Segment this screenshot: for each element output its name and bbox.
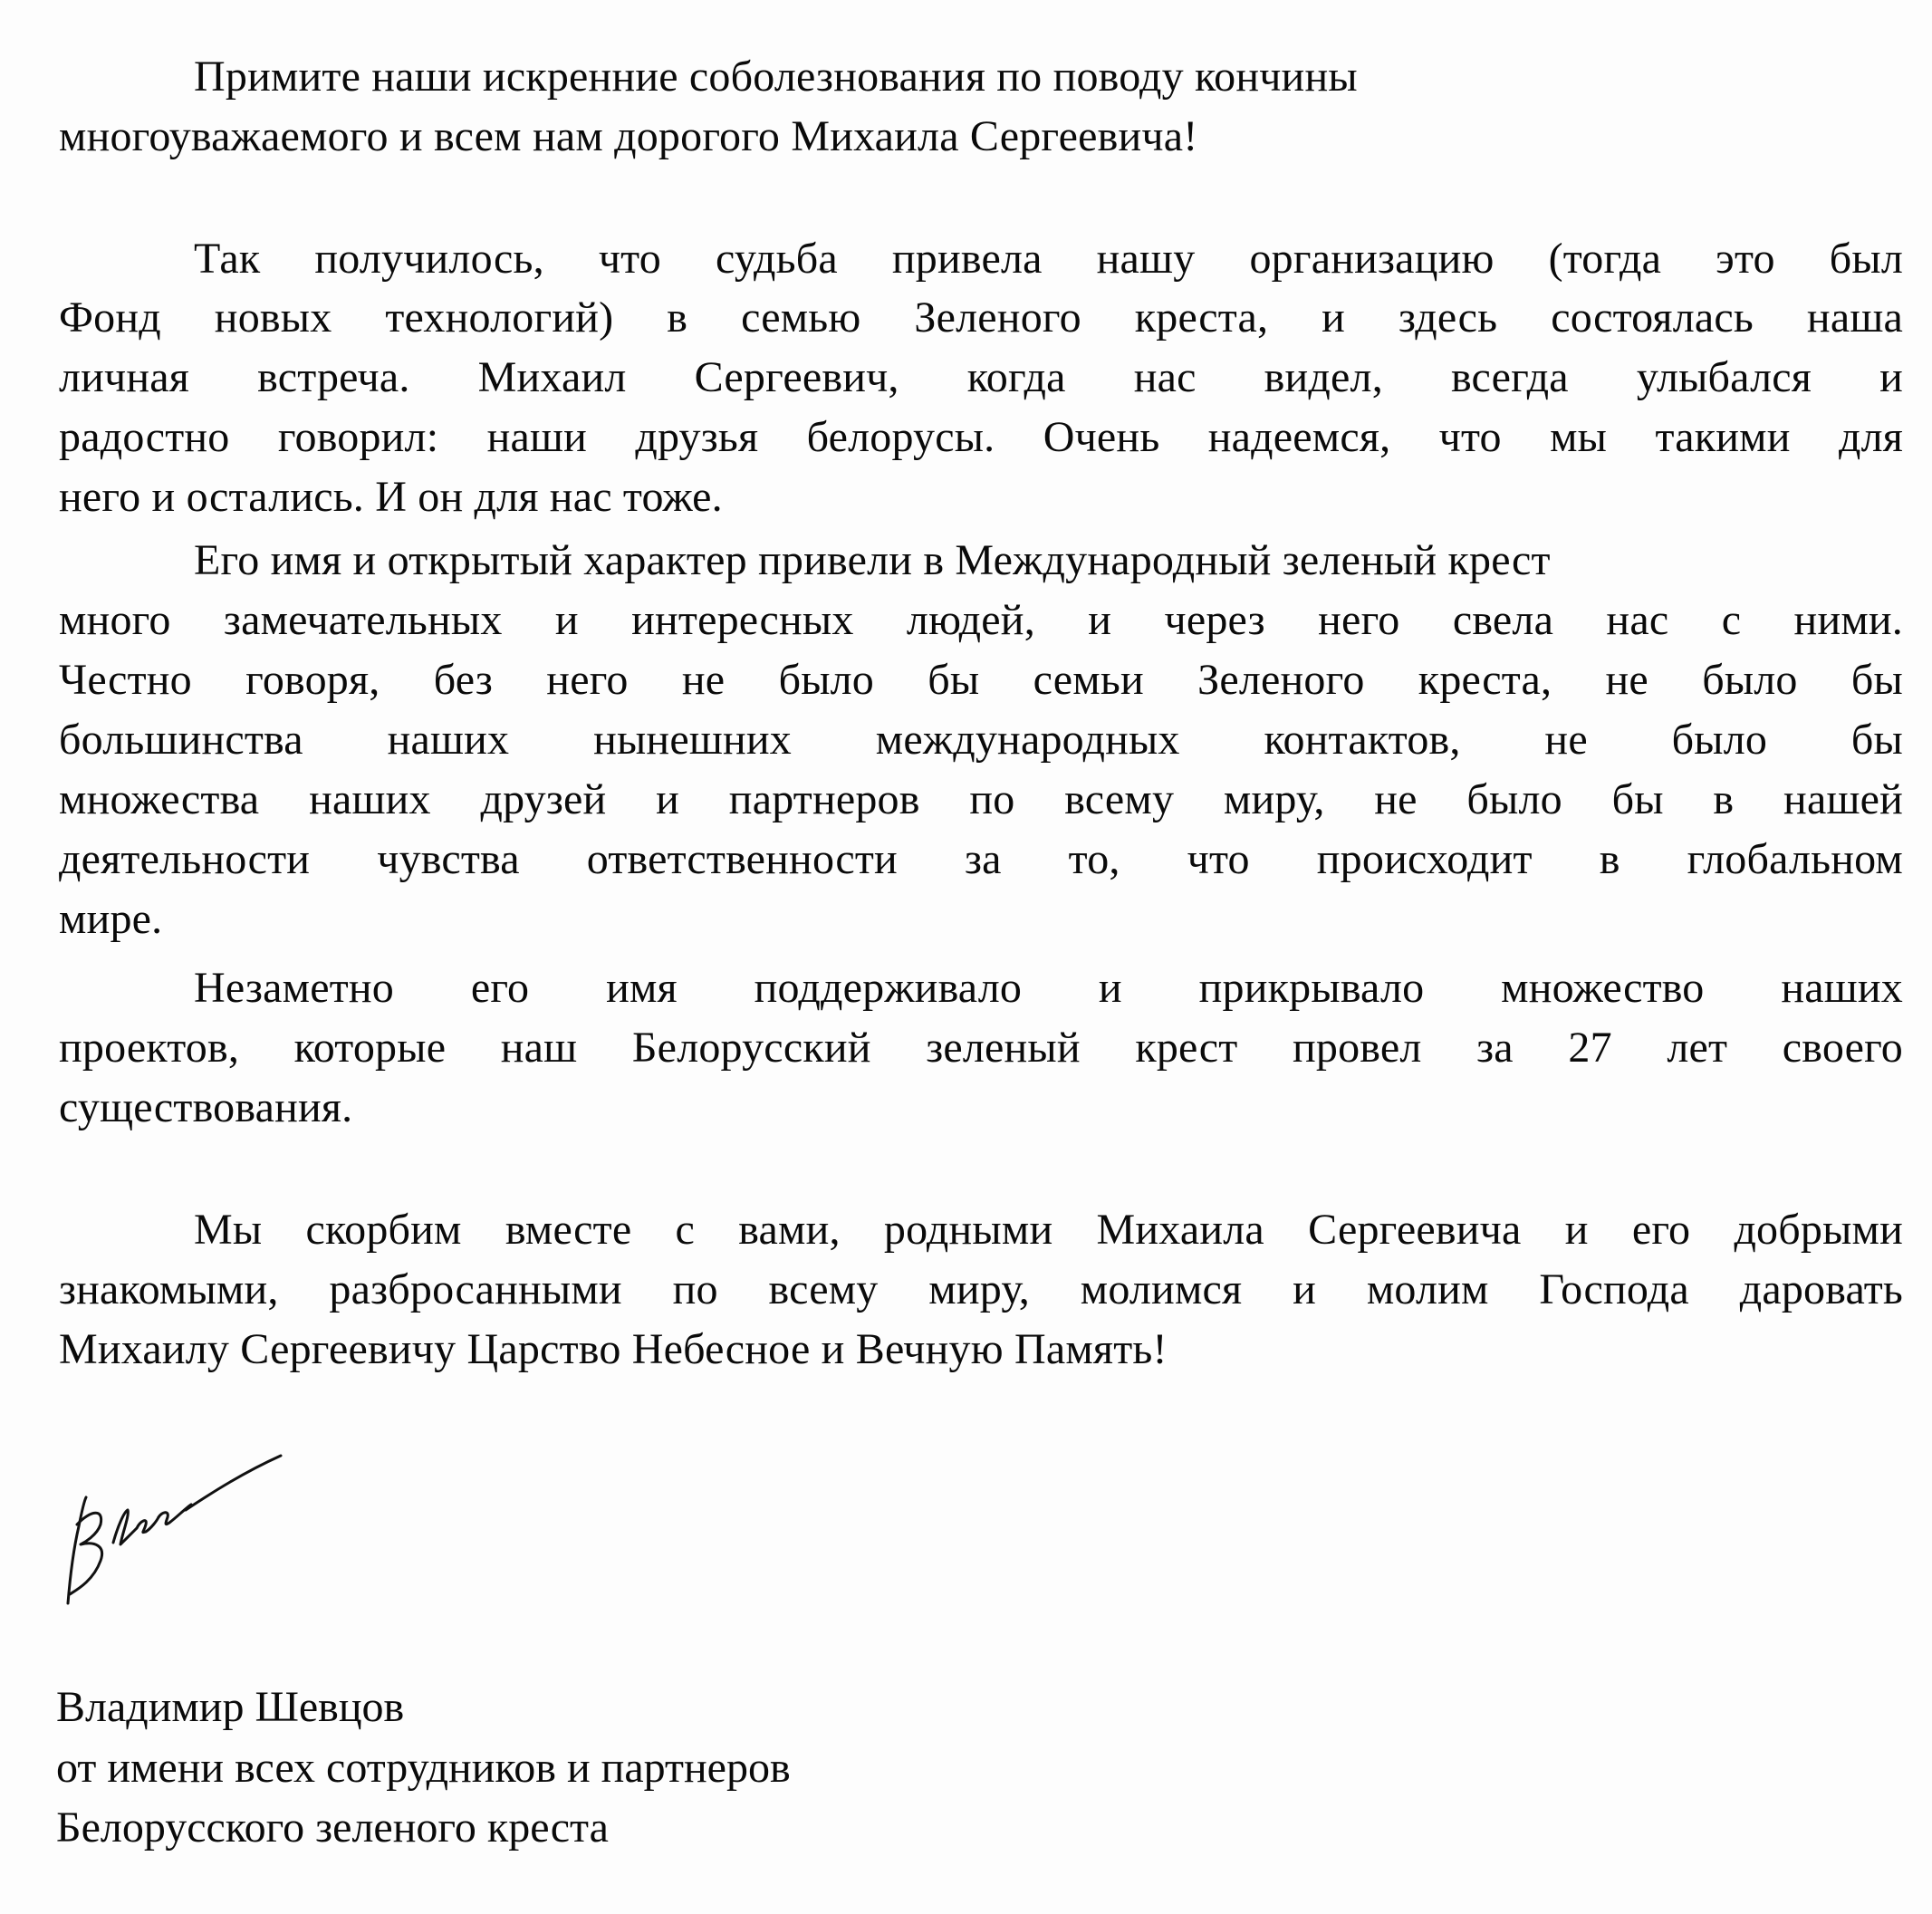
paragraph-4-line-3: существования. [59,1078,352,1138]
paragraph-2-line-2: Фонд новых технологий) в семью Зеленого … [59,288,1903,348]
paragraph-4-line-1: Незаметно его имя поддерживало и прикрыв… [194,958,1903,1018]
letter-page: Примите наши искренние соболезнования по… [0,0,1932,1914]
paragraph-3-line-4: большинства наших нынешних международных… [59,710,1903,770]
paragraph-1-line-2: многоуважаемого и всем нам дорогого Миха… [59,107,1197,167]
paragraph-2-line-1: Так получилось, что судьба привела нашу … [194,229,1903,289]
paragraph-2-line-3: личная встреча. Михаил Сергеевич, когда … [59,348,1903,408]
paragraph-2-line-5: него и остались. И он для нас тоже. [59,467,723,527]
paragraph-3-line-2: много замечательных и интересных людей, … [59,591,1903,650]
paragraph-3-line-1: Его имя и открытый характер привели в Ме… [194,531,1551,591]
paragraph-5-line-2: знакомыми, разбросанными по всему миру, … [59,1260,1903,1320]
signatory-on-behalf: от имени всех сотрудников и партнеров [56,1740,791,1796]
paragraph-2-line-4: радостно говорил: наши друзья белорусы. … [59,408,1903,467]
handwritten-signature-icon [50,1445,294,1626]
paragraph-1-line-1: Примите наши искренние соболезнования по… [194,47,1358,107]
paragraph-5-line-3: Михаилу Сергеевичу Царство Небесное и Ве… [59,1320,1168,1380]
signatory-name: Владимир Шевцов [56,1679,404,1736]
paragraph-3-line-5: множества наших друзей и партнеров по вс… [59,770,1903,830]
paragraph-3-line-3: Честно говоря, без него не было бы семьи… [59,650,1903,710]
paragraph-3-line-6: деятельности чувства ответственности за … [59,830,1903,890]
paragraph-4-line-2: проектов, которые наш Белорусский зелены… [59,1018,1903,1078]
paragraph-5-line-1: Мы скорбим вместе с вами, родными Михаил… [194,1200,1903,1260]
paragraph-3-line-7: мире. [59,890,162,949]
signatory-organization: Белорусского зеленого креста [56,1800,609,1856]
